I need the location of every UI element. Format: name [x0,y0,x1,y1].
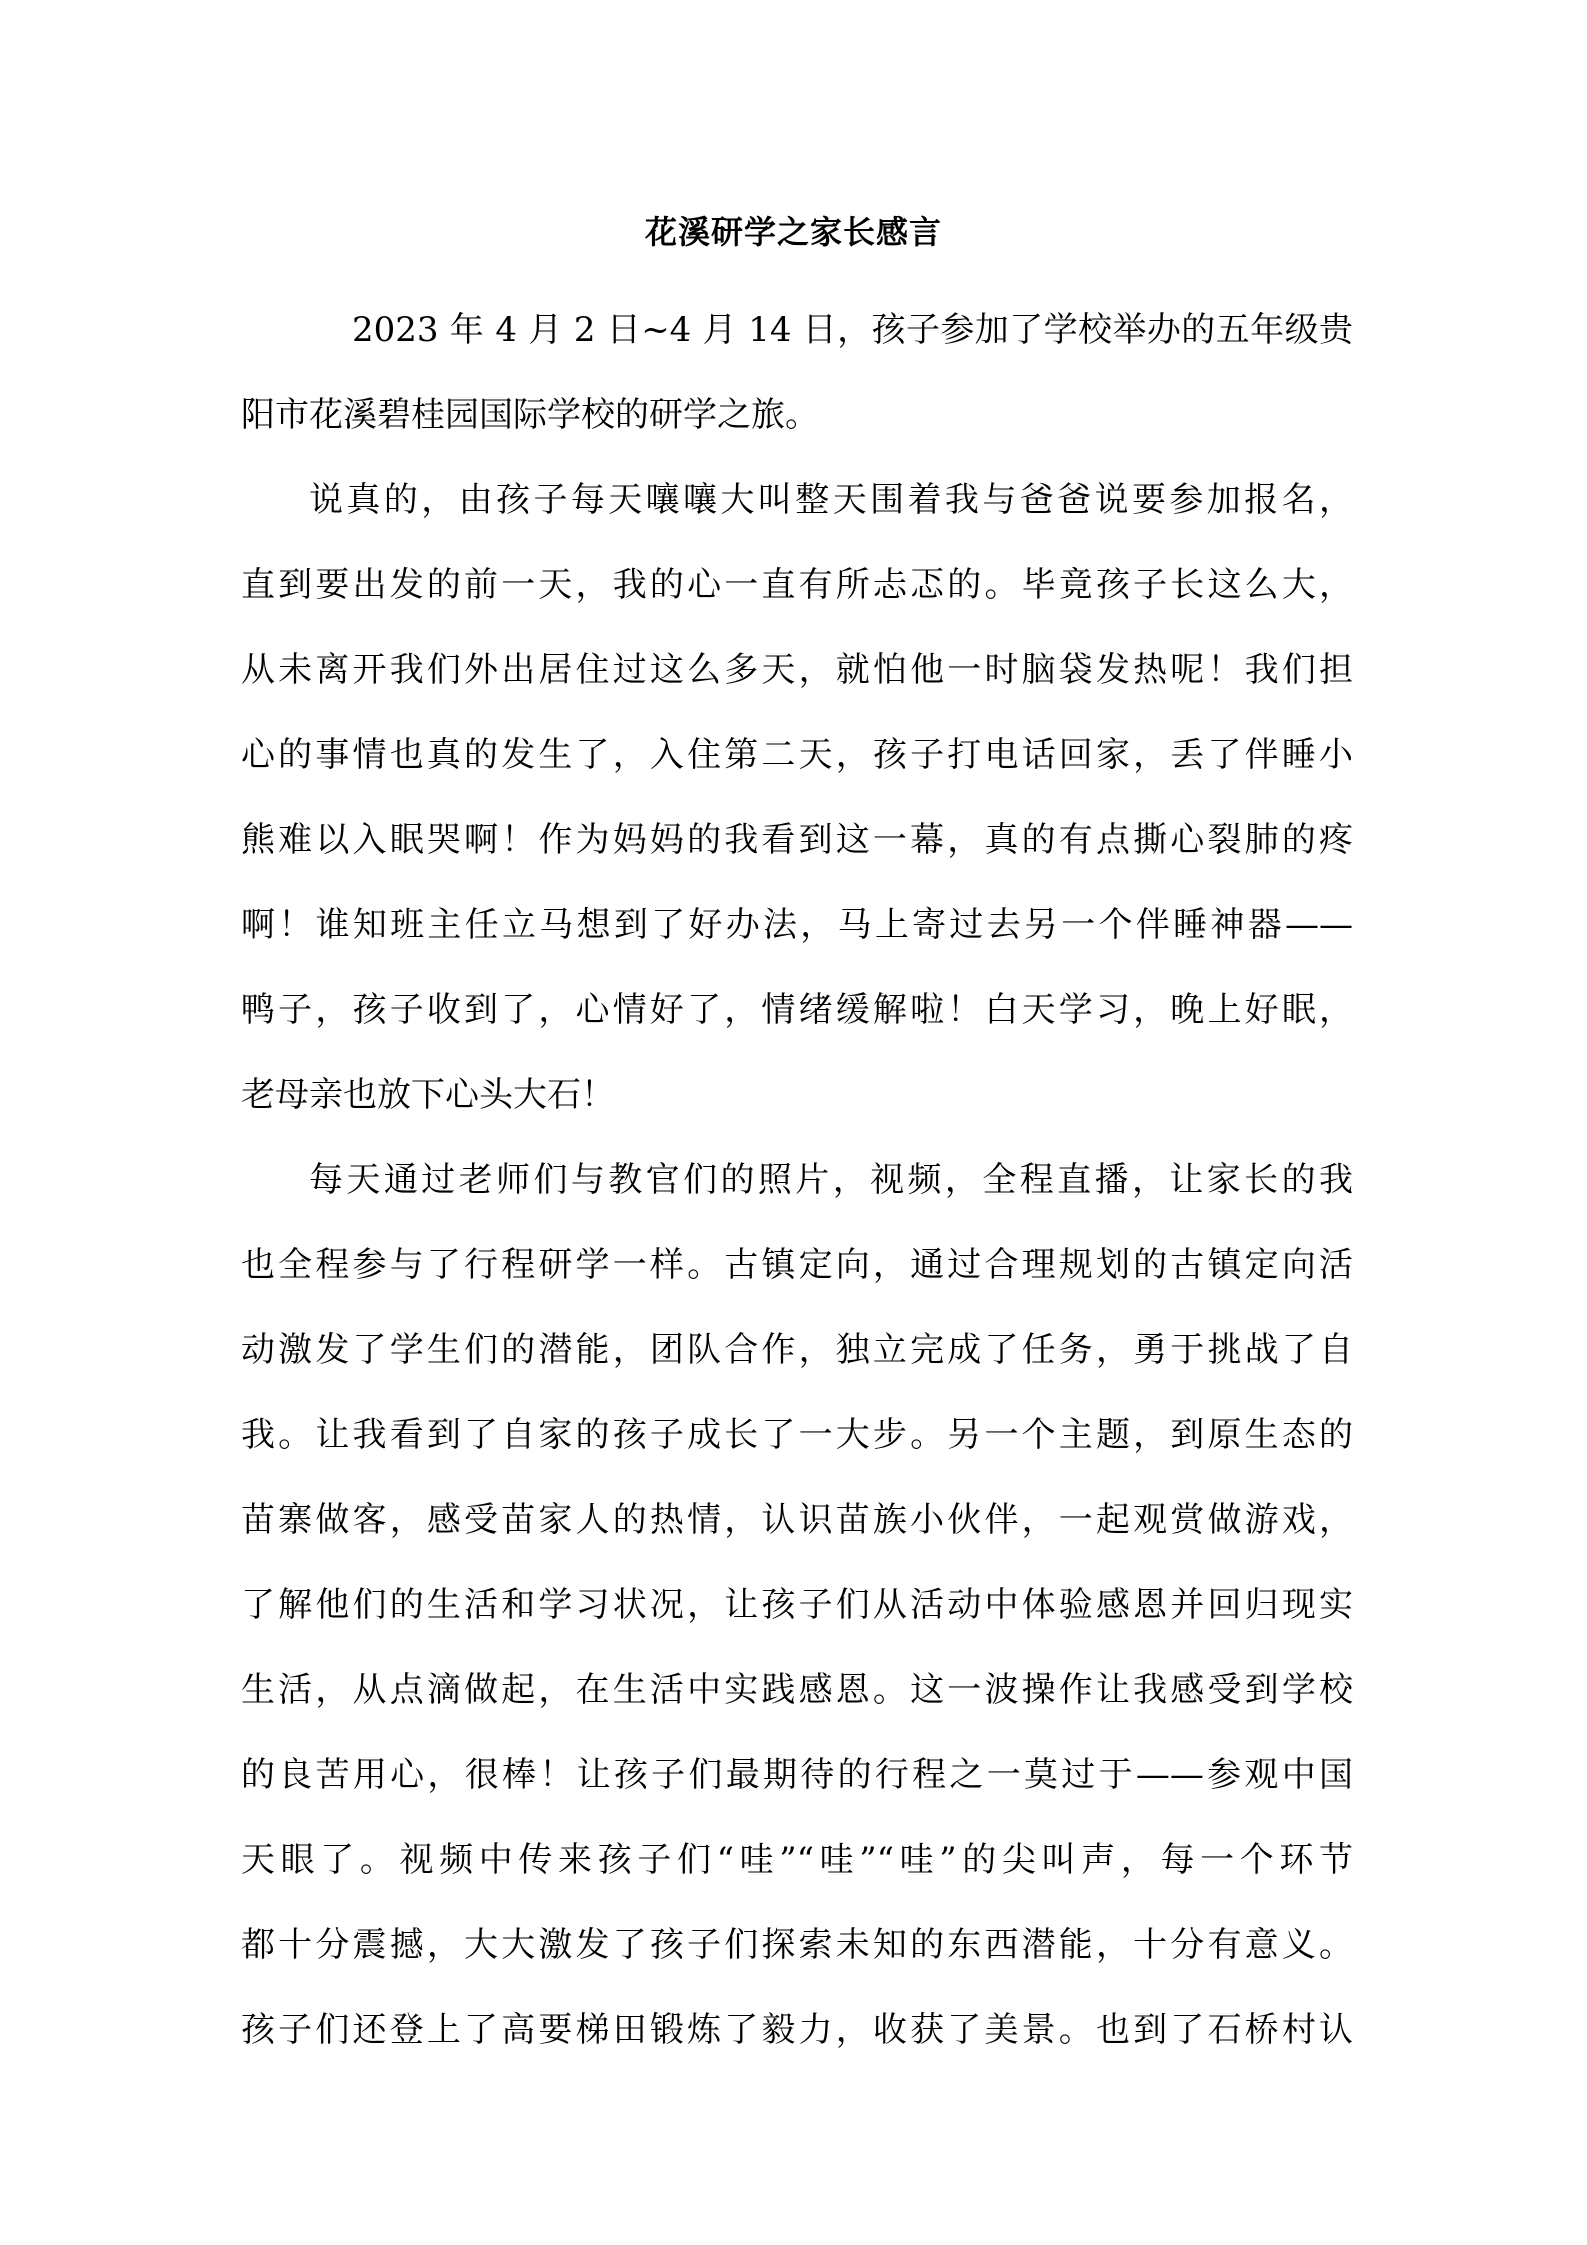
document-page: 花溪研学之家长感言 2023 年 4 月 2 日~4 月 14 日，孩子参加了学… [0,0,1587,2245]
paragraph-3-line-6: 了解他们的生活和学习状况，让孩子们从活动中体验感恩并回归现实 [241,1563,1353,1648]
paragraph-2-line-2: 直到要出发的前一天，我的心一直有所忐忑的。毕竟孩子长这么大， [241,543,1353,628]
paragraph-2-line-3: 从未离开我们外出居住过这么多天，就怕他一时脑袋发热呢！我们担 [241,628,1353,713]
paragraph-3-line-8: 的良苦用心，很棒！让孩子们最期待的行程之一莫过于——参观中国 [241,1733,1353,1818]
paragraph-2-line-7: 鸭子，孩子收到了，心情好了，情绪缓解啦！白天学习，晚上好眠， [241,968,1353,1053]
paragraph-3-line-3: 动激发了学生们的潜能，团队合作，独立完成了任务，勇于挑战了自 [241,1308,1353,1393]
paragraph-2-line-5: 熊难以入眠哭啊！作为妈妈的我看到这一幕，真的有点撕心裂肺的疼 [241,798,1353,883]
document-title: 花溪研学之家长感言 [0,208,1587,256]
paragraph-2-line-6: 啊！谁知班主任立马想到了好办法，马上寄过去另一个伴睡神器—— [241,883,1353,968]
paragraph-3-line-7: 生活，从点滴做起，在生活中实践感恩。这一波操作让我感受到学校 [241,1648,1353,1733]
paragraph-3-line-11: 孩子们还登上了高要梯田锻炼了毅力，收获了美景。也到了石桥村认 [241,1988,1353,2073]
document-body: 2023 年 4 月 2 日~4 月 14 日，孩子参加了学校举办的五年级贵 阳… [241,288,1353,2073]
paragraph-1-line-2: 阳市花溪碧桂园国际学校的研学之旅。 [241,373,1353,458]
paragraph-1-line-1: 2023 年 4 月 2 日~4 月 14 日，孩子参加了学校举办的五年级贵 [241,288,1353,373]
paragraph-2-line-8: 老母亲也放下心头大石！ [241,1053,1353,1138]
paragraph-2-line-4: 心的事情也真的发生了，入住第二天，孩子打电话回家，丢了伴睡小 [241,713,1353,798]
paragraph-3-line-2: 也全程参与了行程研学一样。古镇定向，通过合理规划的古镇定向活 [241,1223,1353,1308]
paragraph-3-line-5: 苗寨做客，感受苗家人的热情，认识苗族小伙伴，一起观赏做游戏， [241,1478,1353,1563]
paragraph-3-line-4: 我。让我看到了自家的孩子成长了一大步。另一个主题，到原生态的 [241,1393,1353,1478]
paragraph-3-line-10: 都十分震撼，大大激发了孩子们探索未知的东西潜能，十分有意义。 [241,1903,1353,1988]
paragraph-3-line-9: 天眼了。视频中传来孩子们“哇”“哇”“哇”的尖叫声，每一个环节 [241,1818,1353,1903]
paragraph-3-line-1: 每天通过老师们与教官们的照片，视频，全程直播，让家长的我 [241,1138,1353,1223]
paragraph-2-line-1: 说真的，由孩子每天嚷嚷大叫整天围着我与爸爸说要参加报名， [241,458,1353,543]
